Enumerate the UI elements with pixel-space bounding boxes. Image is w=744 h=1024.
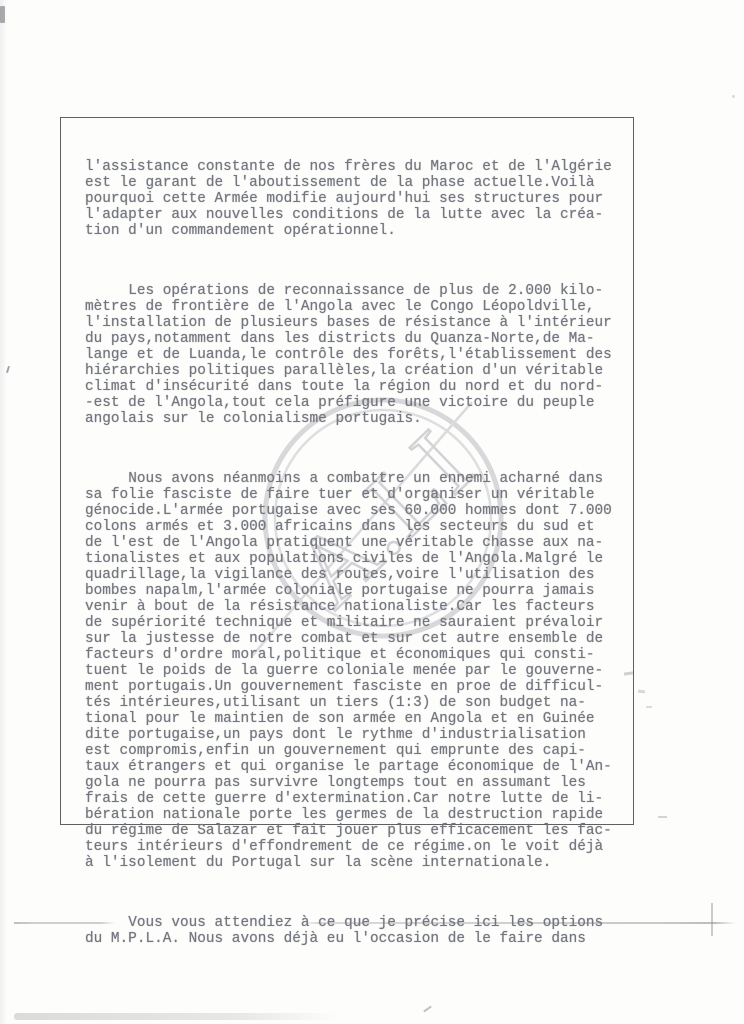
scan-speck — [732, 95, 735, 98]
scan-artifact-mark — [0, 6, 5, 23]
scanned-document-page: A.LI l'assistance constante de nos frère… — [0, 0, 744, 1024]
scan-edge-shadow — [0, 0, 7, 1024]
paragraph-1: l'assistance constante de nos frères du … — [85, 159, 617, 239]
scan-artifact-dash — [658, 816, 667, 818]
scan-artifact-dash — [646, 706, 652, 708]
paragraph-4: Vous vous attendiez à ce que je précise … — [85, 915, 617, 947]
fold-crease-tick — [711, 903, 713, 936]
scan-artifact-tick — [6, 366, 10, 373]
scan-speck — [423, 1006, 432, 1013]
scan-artifact-dash — [638, 690, 645, 693]
scan-smudge — [14, 1013, 336, 1020]
page-border-frame: l'assistance constante de nos frères du … — [60, 117, 634, 825]
typewritten-text-block: l'assistance constante de nos frères du … — [85, 127, 617, 979]
paragraph-2: Les opérations de reconnaissance de plus… — [85, 283, 617, 427]
paragraph-3: Nous avons néanmoins a combattre un enne… — [85, 471, 617, 871]
